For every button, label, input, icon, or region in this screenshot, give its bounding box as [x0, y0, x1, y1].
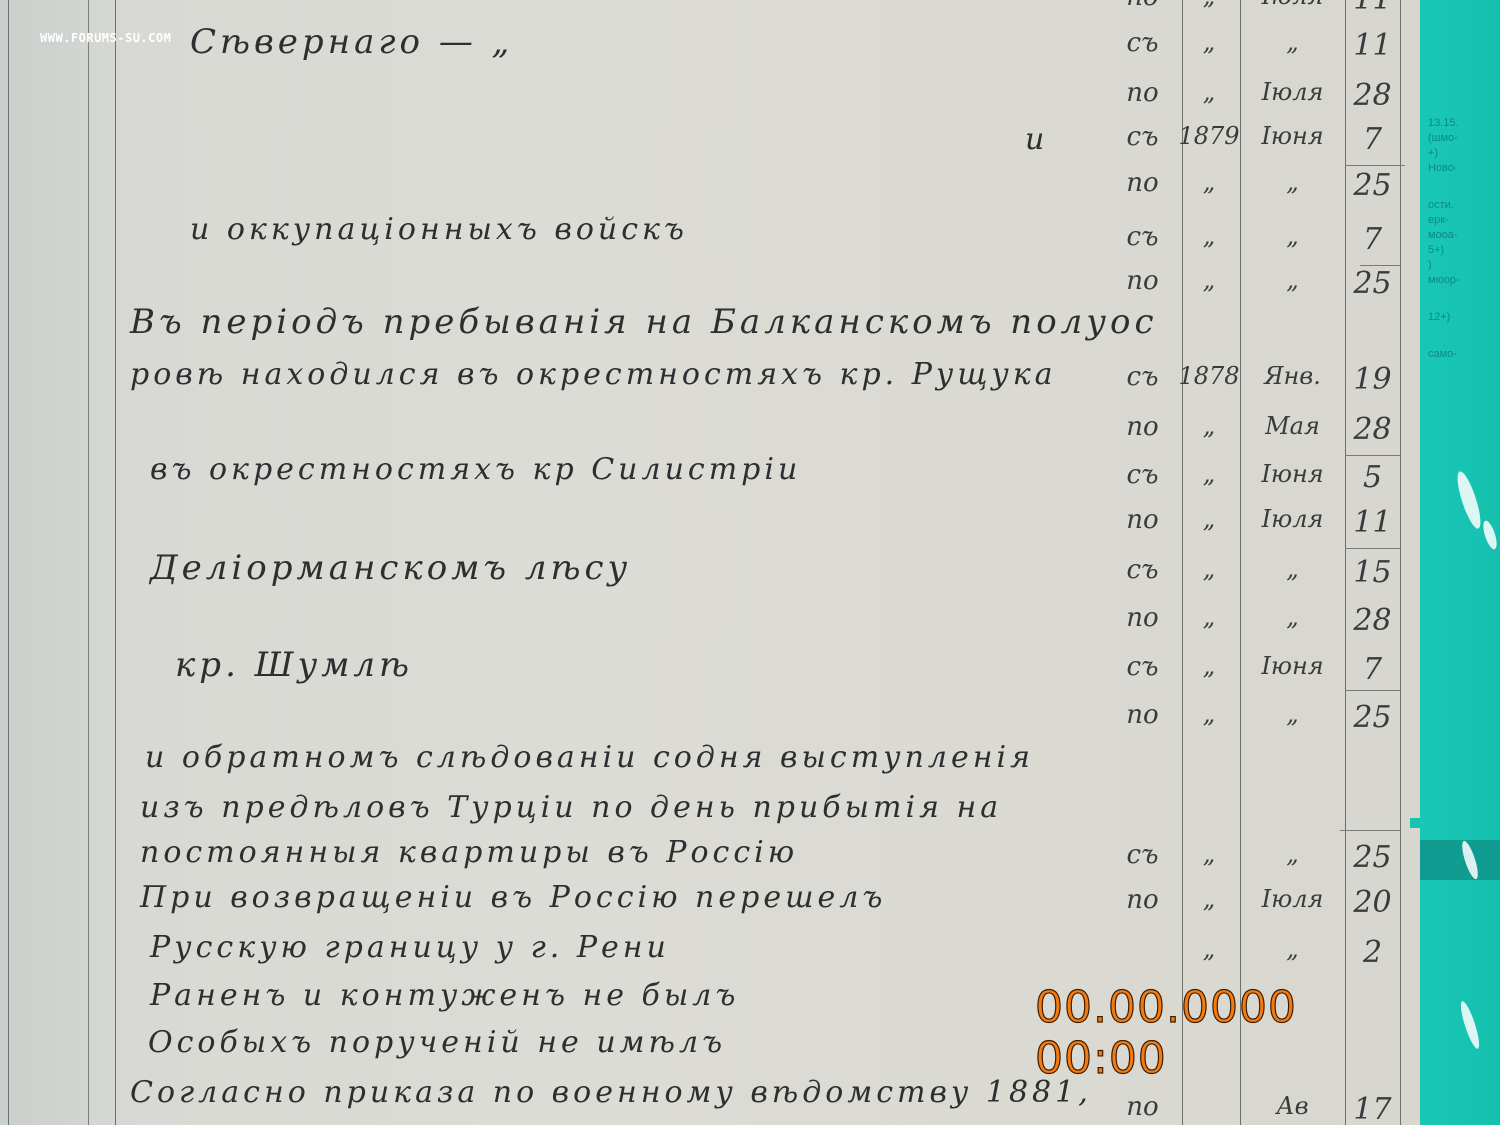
day-bracket: [1340, 830, 1400, 831]
date-cell-month: Іюня: [1240, 460, 1345, 488]
date-cell-year: „: [1178, 460, 1240, 488]
date-cell-day: 25: [1345, 700, 1400, 735]
glare-highlight: [1481, 519, 1500, 551]
date-cell-month: „: [1240, 935, 1345, 963]
date-cell-day: 11: [1345, 0, 1400, 17]
date-cell-day: 15: [1345, 555, 1400, 590]
date-cell-day: 17: [1345, 1092, 1400, 1125]
date-cell-prefix: по: [1105, 168, 1180, 198]
backdrop-text-line: 12+): [1428, 310, 1460, 325]
date-cell-prefix: по: [1105, 885, 1180, 915]
date-cell-year: „: [1178, 885, 1240, 913]
date-cell-month: „: [1240, 603, 1345, 631]
date-cell-month: „: [1240, 840, 1345, 868]
date-cell-month: Іюля: [1240, 505, 1345, 533]
date-cell-month: Іюля: [1240, 0, 1345, 10]
margin-rule-outer: [8, 0, 9, 1125]
text-line: Сѣвернаго — „: [190, 22, 513, 62]
date-cell-prefix: по: [1105, 412, 1180, 442]
date-cell-prefix: съ: [1105, 555, 1180, 585]
date-cell-day: 28: [1345, 603, 1400, 638]
date-cell-prefix: съ: [1105, 362, 1180, 392]
date-cell-month: Ав: [1240, 1092, 1345, 1120]
backdrop-text-line: Ново-: [1428, 161, 1460, 176]
text-line: въ окрестностяхъ кр Силистріи: [150, 452, 801, 487]
date-cell-month: Іюня: [1240, 652, 1345, 680]
backdrop-text-line: 13.15.: [1428, 116, 1460, 131]
text-line: Въ періодъ пребыванія на Балканскомъ пол…: [130, 302, 1158, 342]
date-cell-prefix: по: [1105, 0, 1180, 12]
date-cell-day: 25: [1345, 266, 1400, 301]
text-line: Русскую границу у г. Рени: [150, 930, 670, 965]
date-cell-year: „: [1178, 168, 1240, 196]
backdrop-text-line: мюор-: [1428, 273, 1460, 288]
date-cell-year: „: [1178, 652, 1240, 680]
date-cell-month: „: [1240, 222, 1345, 250]
date-cell-day: 11: [1345, 505, 1400, 540]
date-cell-prefix: съ: [1105, 652, 1180, 682]
date-cell-year: „: [1178, 840, 1240, 868]
margin-rule-inner: [115, 0, 116, 1125]
backdrop-text-line: мооа-: [1428, 228, 1460, 243]
day-bracket: [1345, 165, 1405, 166]
backdrop-text: 13.15.(шмо-+)Ново-ости.ерк-мооа-5+))мюор…: [1428, 116, 1460, 362]
text-line: и обратномъ слѣдованіи содня выступленія: [145, 740, 1034, 775]
backdrop-text-line: ерк-: [1428, 213, 1460, 228]
date-cell-year: „: [1178, 603, 1240, 631]
date-cell-day: 25: [1345, 168, 1400, 203]
date-cell-month: „: [1240, 266, 1345, 294]
date-cell-year: 1878: [1178, 362, 1240, 390]
day-bracket: [1345, 548, 1400, 549]
date-cell-year: „: [1178, 222, 1240, 250]
date-cell-day: 11: [1345, 28, 1400, 63]
site-watermark: WWW.FORUMS-SU.COM: [40, 31, 171, 45]
day-bracket: [1345, 690, 1400, 691]
document-page: WWW.FORUMS-SU.COM Сѣвернаго — „ии оккупа…: [0, 0, 1425, 1125]
text-line: постоянныя квартиры въ Россію: [140, 835, 798, 870]
date-cell-day: 5: [1345, 460, 1400, 495]
backdrop-text-line: 5+): [1428, 243, 1460, 258]
text-line: Согласно приказа по военному вѣдомству 1…: [130, 1075, 1092, 1110]
date-cell-prefix: съ: [1105, 222, 1180, 252]
date-cell-day: 25: [1345, 840, 1400, 875]
date-cell-prefix: по: [1105, 78, 1180, 108]
date-cell-day: 19: [1345, 362, 1400, 397]
date-cell-prefix: съ: [1105, 28, 1180, 58]
column-rule-right: [1400, 0, 1401, 1125]
fold-crease: [88, 0, 89, 1125]
backdrop-text-line: (шмо-: [1428, 131, 1460, 146]
text-line: и оккупаціонныхъ войскъ: [190, 212, 688, 247]
date-cell-year: „: [1178, 78, 1240, 106]
date-cell-year: „: [1178, 700, 1240, 728]
text-line: Раненъ и контуженъ не былъ: [150, 978, 739, 1013]
date-cell-year: „: [1178, 555, 1240, 583]
date-cell-month: „: [1240, 28, 1345, 56]
date-cell-prefix: съ: [1105, 460, 1180, 490]
date-cell-month: „: [1240, 700, 1345, 728]
text-line: изъ предѣловъ Турціи по день прибытія на: [140, 790, 1002, 825]
backdrop-text-line: само-: [1428, 347, 1460, 362]
date-cell-day: 2: [1345, 935, 1400, 970]
day-bracket: [1345, 455, 1400, 456]
date-cell-month: „: [1240, 168, 1345, 196]
date-cell-day: 28: [1345, 78, 1400, 113]
date-cell-prefix: по: [1105, 700, 1180, 730]
text-line: кр. Шумлѣ: [175, 645, 413, 685]
date-cell-month: Іюня: [1240, 122, 1345, 150]
date-cell-day: 20: [1345, 885, 1400, 920]
text-line: Особыхъ порученій не имѣлъ: [148, 1025, 726, 1060]
date-cell-prefix: по: [1105, 1092, 1180, 1122]
date-cell-month: Мая: [1240, 412, 1345, 440]
date-cell-year: „: [1178, 935, 1240, 963]
date-cell-month: „: [1240, 555, 1345, 583]
date-cell-prefix: по: [1105, 266, 1180, 296]
date-cell-month: Іюля: [1240, 885, 1345, 913]
date-cell-day: 7: [1345, 122, 1400, 157]
date-cell-year: „: [1178, 28, 1240, 56]
date-cell-year: 1879: [1178, 122, 1240, 150]
date-cell-prefix: съ: [1105, 122, 1180, 152]
date-cell-prefix: съ: [1105, 840, 1180, 870]
teal-backdrop: 13.15.(шмо-+)Ново-ости.ерк-мооа-5+))мюор…: [1420, 0, 1500, 1125]
date-cell-day: 28: [1345, 412, 1400, 447]
text-line: и: [1025, 122, 1048, 157]
date-cell-year: „: [1178, 505, 1240, 533]
date-cell-month: Іюля: [1240, 78, 1345, 106]
camera-datestamp: 00.00.0000 00:00: [1035, 982, 1425, 1084]
date-cell-prefix: по: [1105, 603, 1180, 633]
date-cell-year: „: [1178, 412, 1240, 440]
glare-highlight: [1458, 1000, 1483, 1051]
text-line: При возвращеніи въ Россію перешелъ: [140, 880, 886, 915]
glare-highlight: [1453, 469, 1485, 530]
backdrop-text-line: ости.: [1428, 198, 1460, 213]
date-cell-prefix: по: [1105, 505, 1180, 535]
date-cell-day: 7: [1345, 652, 1400, 687]
date-cell-day: 7: [1345, 222, 1400, 257]
backdrop-text-line: ): [1428, 258, 1460, 273]
date-cell-month: Янв.: [1240, 362, 1345, 390]
backdrop-band: [1420, 840, 1500, 880]
backdrop-text-line: +): [1428, 146, 1460, 161]
date-cell-year: „: [1178, 266, 1240, 294]
text-line: ровѣ находился въ окрестностяхъ кр. Рущу…: [130, 357, 1057, 392]
date-cell-year: „: [1178, 0, 1240, 10]
text-line: Деліорманскомъ лѣсу: [150, 548, 631, 588]
